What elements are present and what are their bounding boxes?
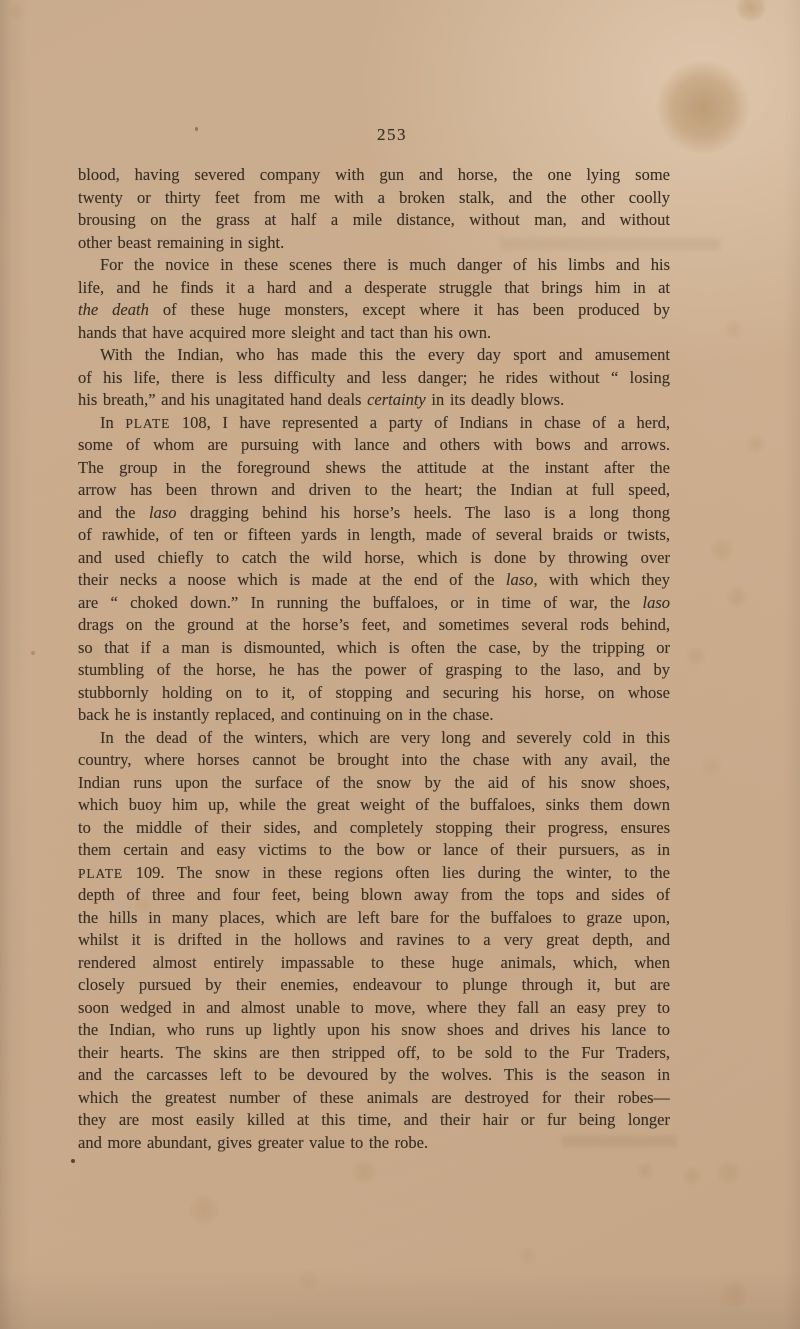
text-segment: so that if a man is dismounted, which is… bbox=[78, 638, 670, 657]
text-segment: dragging behind his horse’s heels. The l… bbox=[177, 503, 670, 522]
text-segment: whilst it is drifted in the hollows and … bbox=[78, 930, 670, 949]
text-line: and the carcasses left to be devoured by… bbox=[78, 1064, 670, 1087]
text-line: hands that have acquired more sleight an… bbox=[78, 322, 670, 345]
foxing-stain bbox=[8, 4, 24, 20]
text-line: so that if a man is dismounted, which is… bbox=[78, 637, 670, 660]
foxing-stain bbox=[746, 434, 766, 454]
text-line: twenty or thirty feet from me with a bro… bbox=[78, 187, 670, 210]
text-line: the hills in many places, which are left… bbox=[78, 907, 670, 930]
text-line: arrow has been thrown and driven to the … bbox=[78, 479, 670, 502]
foxing-stain bbox=[724, 320, 744, 340]
foxing-stain bbox=[686, 646, 706, 666]
text-line: the death of these huge monsters, except… bbox=[78, 299, 670, 322]
text-line: the Indian, who runs up lightly upon his… bbox=[78, 1019, 670, 1042]
ink-speck bbox=[31, 651, 35, 655]
text-segment: them certain and easy victims to the bow… bbox=[78, 840, 670, 859]
text-segment: of rawhide, of ten or fifteen yards in l… bbox=[78, 525, 670, 544]
foxing-stain bbox=[518, 1246, 538, 1266]
text-line: closely pursued by their enemies, endeav… bbox=[78, 974, 670, 997]
text-segment: and the bbox=[78, 503, 149, 522]
text-line: With the Indian, who has made this the e… bbox=[78, 344, 670, 367]
text-segment: which buoy him up, while the great weigh… bbox=[78, 795, 670, 814]
text-line: In the dead of the winters, which are ve… bbox=[78, 727, 670, 750]
foxing-stain bbox=[352, 1160, 376, 1184]
text-line: to the middle of their sides, and comple… bbox=[78, 817, 670, 840]
foxing-stain bbox=[716, 1160, 742, 1186]
foxing-stain bbox=[682, 1166, 702, 1186]
paragraph: With the Indian, who has made this the e… bbox=[78, 344, 670, 412]
text-line: depth of three and four feet, being blow… bbox=[78, 884, 670, 907]
text-line: drags on the ground at the horse’s feet,… bbox=[78, 614, 670, 637]
text-line: whilst it is drifted in the hollows and … bbox=[78, 929, 670, 952]
text-line: rendered almost entirely impassable to t… bbox=[78, 952, 670, 975]
italic-text: laso bbox=[149, 503, 177, 522]
paragraph: In the dead of the winters, which are ve… bbox=[78, 727, 670, 1155]
text-segment: soon wedged in and almost unable to move… bbox=[78, 998, 670, 1017]
text-line: Indian runs upon the surface of the snow… bbox=[78, 772, 670, 795]
text-segment: the Indian, who runs up lightly upon his… bbox=[78, 1020, 670, 1039]
text-segment: to the middle of their sides, and comple… bbox=[78, 818, 670, 837]
text-segment: closely pursued by their enemies, endeav… bbox=[78, 975, 670, 994]
text-segment: hands that have acquired more sleight an… bbox=[78, 323, 491, 342]
foxing-stain bbox=[298, 1270, 320, 1292]
text-segment: In the dead of the winters, which are ve… bbox=[100, 728, 670, 747]
text-line: stubbornly holding on to it, of stopping… bbox=[78, 682, 670, 705]
text-line: and more abundant, gives greater value t… bbox=[78, 1132, 670, 1155]
text-line: brousing on the grass at half a mile dis… bbox=[78, 209, 670, 232]
text-segment: are “ choked down.” In running the buffa… bbox=[78, 593, 642, 612]
foxing-stain bbox=[720, 1280, 748, 1308]
text-segment: other beast remaining in sight. bbox=[78, 233, 284, 252]
text-segment: arrow has been thrown and driven to the … bbox=[78, 480, 670, 499]
text-segment: blood, having severed company with gun a… bbox=[78, 165, 670, 184]
text-segment: drags on the ground at the horse’s feet,… bbox=[78, 615, 670, 634]
text-segment: they are most easily killed at this time… bbox=[78, 1110, 670, 1129]
italic-text: laso bbox=[642, 593, 670, 612]
text-line: some of whom are pursuing with lance and… bbox=[78, 434, 670, 457]
text-segment: their necks a noose which is made at the… bbox=[78, 570, 506, 589]
text-segment: , with which they bbox=[533, 570, 670, 589]
text-line: country, where horses cannot be brought … bbox=[78, 749, 670, 772]
paragraph: blood, having severed company with gun a… bbox=[78, 164, 670, 254]
text-segment: In bbox=[100, 413, 125, 432]
text-line: back he is instantly replaced, and conti… bbox=[78, 704, 670, 727]
text-line: are “ choked down.” In running the buffa… bbox=[78, 592, 670, 615]
text-line: PLATE 109. The snow in these regions oft… bbox=[78, 862, 670, 885]
text-segment: of these huge monsters, except where it … bbox=[149, 300, 670, 319]
text-line: of rawhide, of ten or fifteen yards in l… bbox=[78, 524, 670, 547]
text-line: soon wedged in and almost unable to move… bbox=[78, 997, 670, 1020]
text-block: blood, having severed company with gun a… bbox=[78, 164, 670, 1154]
text-segment: For the novice in these scenes there is … bbox=[100, 255, 670, 274]
text-segment: the hills in many places, which are left… bbox=[78, 908, 670, 927]
text-segment: 109. The snow in these regions often lie… bbox=[123, 863, 670, 882]
text-line: In PLATE 108, I have represented a party… bbox=[78, 412, 670, 435]
italic-text: certainty bbox=[367, 390, 426, 409]
paragraph: In PLATE 108, I have represented a party… bbox=[78, 412, 670, 727]
text-segment: depth of three and four feet, being blow… bbox=[78, 885, 670, 904]
paragraph: For the novice in these scenes there is … bbox=[78, 254, 670, 344]
text-segment: and more abundant, gives greater value t… bbox=[78, 1133, 428, 1152]
italic-text: laso bbox=[506, 570, 534, 589]
text-line: life, and he finds it a hard and a despe… bbox=[78, 277, 670, 300]
text-line: The group in the foreground shews the at… bbox=[78, 457, 670, 480]
text-line: of his life, there is less difficulty an… bbox=[78, 367, 670, 390]
text-line: them certain and easy victims to the bow… bbox=[78, 839, 670, 862]
foxing-stain bbox=[710, 538, 734, 562]
text-segment: which the greatest number of these anima… bbox=[78, 1088, 670, 1107]
text-segment: With the Indian, who has made this the e… bbox=[100, 345, 670, 364]
text-segment: rendered almost entirely impassable to t… bbox=[78, 953, 670, 972]
text-segment: and used chiefly to catch the wild horse… bbox=[78, 548, 670, 567]
text-segment: brousing on the grass at half a mile dis… bbox=[78, 210, 670, 229]
text-line: stumbling of the horse, he has the power… bbox=[78, 659, 670, 682]
text-line: For the novice in these scenes there is … bbox=[78, 254, 670, 277]
smallcaps-text: PLATE bbox=[78, 866, 123, 881]
italic-text: the death bbox=[78, 300, 149, 319]
ink-speck bbox=[71, 1159, 75, 1163]
foxing-stain bbox=[726, 586, 748, 608]
text-segment: of his life, there is less difficulty an… bbox=[78, 368, 670, 387]
text-segment: life, and he finds it a hard and a despe… bbox=[78, 278, 670, 297]
text-line: their necks a noose which is made at the… bbox=[78, 569, 670, 592]
text-segment: stubbornly holding on to it, of stopping… bbox=[78, 683, 670, 702]
text-segment: their hearts. The skins are then strippe… bbox=[78, 1043, 670, 1062]
text-segment: some of whom are pursuing with lance and… bbox=[78, 435, 670, 454]
text-line: his breath,” and his unagitated hand dea… bbox=[78, 389, 670, 412]
text-line: blood, having severed company with gun a… bbox=[78, 164, 670, 187]
text-line: they are most easily killed at this time… bbox=[78, 1109, 670, 1132]
foxing-stain bbox=[188, 1194, 220, 1226]
foxing-stain bbox=[700, 756, 722, 778]
foxing-stain bbox=[636, 1162, 654, 1180]
foxing-stain bbox=[736, 0, 766, 22]
text-segment: twenty or thirty feet from me with a bro… bbox=[78, 188, 670, 207]
text-segment: 108, I have represented a party of India… bbox=[170, 413, 670, 432]
text-line: and used chiefly to catch the wild horse… bbox=[78, 547, 670, 570]
text-segment: Indian runs upon the surface of the snow… bbox=[78, 773, 670, 792]
text-line: and the laso dragging behind his horse’s… bbox=[78, 502, 670, 525]
text-segment: back he is instantly replaced, and conti… bbox=[78, 705, 493, 724]
text-segment: stumbling of the horse, he has the power… bbox=[78, 660, 670, 679]
text-segment: in its deadly blows. bbox=[426, 390, 564, 409]
text-segment: country, where horses cannot be brought … bbox=[78, 750, 670, 769]
text-line: which buoy him up, while the great weigh… bbox=[78, 794, 670, 817]
text-line: their hearts. The skins are then strippe… bbox=[78, 1042, 670, 1065]
text-line: which the greatest number of these anima… bbox=[78, 1087, 670, 1110]
text-segment: his breath,” and his unagitated hand dea… bbox=[78, 390, 367, 409]
text-segment: The group in the foreground shews the at… bbox=[78, 458, 670, 477]
text-line: other beast remaining in sight. bbox=[78, 232, 670, 255]
smallcaps-text: PLATE bbox=[125, 416, 170, 431]
page-number: 253 bbox=[0, 125, 784, 145]
text-segment: and the carcasses left to be devoured by… bbox=[78, 1065, 670, 1084]
